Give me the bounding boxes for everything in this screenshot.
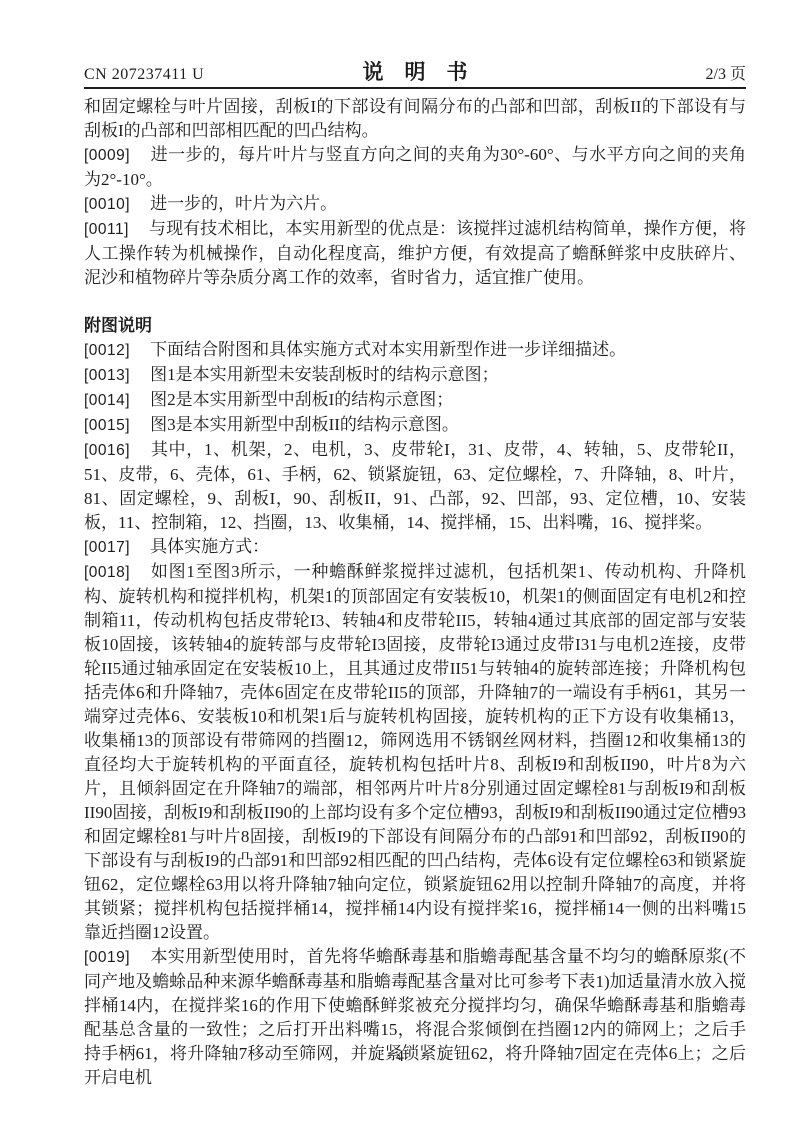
paragraph-0009: [0009]进一步的，每片叶片与竖直方向之间的夹角为30°-60°、与水平方向之… <box>84 143 746 192</box>
paragraph-0012: [0012]下面结合附图和具体实施方式对本实用新型作进一步详细描述。 <box>84 338 746 363</box>
paragraph-text: 图2是本实用新型中刮板I的结构示意图； <box>150 390 453 409</box>
paragraph-0017: [0017]具体实施方式： <box>84 535 746 560</box>
paragraph-text: 其中，1、机架，2、电机，3、皮带轮I，31、皮带，4、转轴，5、皮带轮II，5… <box>84 440 746 532</box>
paragraph-text: 进一步的，每片叶片与竖直方向之间的夹角为30°-60°、与水平方向之间的夹角为2… <box>84 145 746 189</box>
paragraph-text: 如图1至图3所示，一种蟾酥鲜浆搅拌过滤机，包括机架1、传动机构、升降机构、旋转机… <box>84 562 746 942</box>
paragraph-0010: [0010]进一步的，叶片为六片。 <box>84 192 746 217</box>
paragraph-continuation: 和固定螺栓与叶片固接，刮板I的下部设有间隔分布的凸部和凹部，刮板II的下部设有与… <box>84 95 746 143</box>
page-header: CN 207237411 U 说 明 书 2/3 页 <box>84 58 746 86</box>
paragraph-number: [0016] <box>84 439 130 463</box>
paragraph-text: 进一步的，叶片为六片。 <box>150 194 337 213</box>
paragraph-text: 本实用新型使用时，首先将华蟾酥毒基和脂蟾毒配基含量不均匀的蟾酥原浆(不同产地及蟾… <box>84 947 746 1087</box>
paragraph-text: 具体实施方式： <box>150 537 269 556</box>
page-indicator: 2/3 页 <box>706 61 746 84</box>
paragraph-text: 和固定螺栓与叶片固接，刮板I的下部设有间隔分布的凸部和凹部，刮板II的下部设有与… <box>84 97 746 140</box>
paragraph-0018: [0018]如图1至图3所示，一种蟾酥鲜浆搅拌过滤机，包括机架1、传动机构、升降… <box>84 560 746 945</box>
specification-body: 和固定螺栓与叶片固接，刮板I的下部设有间隔分布的凸部和凹部，刮板II的下部设有与… <box>84 95 746 1090</box>
document-title: 说 明 书 <box>84 56 746 86</box>
paragraph-number: [0010] <box>84 193 130 217</box>
paragraph-0015: [0015]图3是本实用新型中刮板II的结构示意图。 <box>84 413 746 438</box>
paragraph-0016: [0016]其中，1、机架，2、电机，3、皮带轮I，31、皮带，4、转轴，5、皮… <box>84 438 746 535</box>
paragraph-number: [0012] <box>84 339 130 363</box>
paragraph-text: 与现有技术相比，本实用新型的优点是：该搅拌过滤机结构简单，操作方便，将人工操作转… <box>84 219 746 287</box>
footer-page-number: 4 <box>0 1048 800 1066</box>
paragraph-text: 图3是本实用新型中刮板II的结构示意图。 <box>150 415 459 434</box>
header-divider <box>84 87 746 89</box>
paragraph-number: [0014] <box>84 389 130 413</box>
paragraph-0013: [0013]图1是本实用新型未安装刮板时的结构示意图； <box>84 363 746 388</box>
paragraph-number: [0013] <box>84 364 130 388</box>
patent-specification-page: CN 207237411 U 说 明 书 2/3 页 和固定螺栓与叶片固接，刮板… <box>0 0 800 1132</box>
paragraph-number: [0017] <box>84 536 130 560</box>
paragraph-text: 下面结合附图和具体实施方式对本实用新型作进一步详细描述。 <box>150 340 626 359</box>
paragraph-number: [0015] <box>84 414 130 438</box>
paragraph-number: [0019] <box>84 946 130 970</box>
paragraph-text: 图1是本实用新型未安装刮板时的结构示意图； <box>150 365 499 384</box>
paragraph-0011: [0011]与现有技术相比，本实用新型的优点是：该搅拌过滤机结构简单，操作方便，… <box>84 217 746 290</box>
paragraph-0019: [0019]本实用新型使用时，首先将华蟾酥毒基和脂蟾毒配基含量不均匀的蟾酥原浆(… <box>84 945 746 1090</box>
section-heading-figures: 附图说明 <box>84 314 746 338</box>
paragraph-number: [0011] <box>84 218 129 242</box>
paragraph-number: [0018] <box>84 561 130 585</box>
paragraph-number: [0009] <box>84 144 130 168</box>
paragraph-0014: [0014]图2是本实用新型中刮板I的结构示意图； <box>84 388 746 413</box>
